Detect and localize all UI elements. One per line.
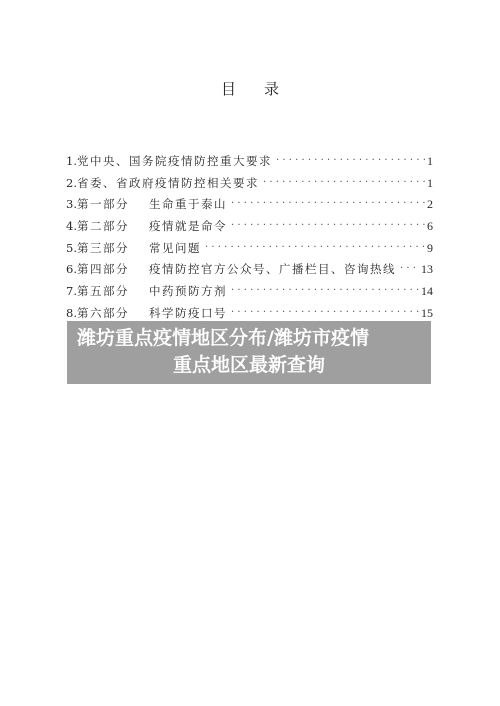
toc-entry-part: 第一部分: [77, 197, 149, 211]
toc-entry-number: 4.: [66, 219, 77, 233]
toc-entry-title: 疫情就是命令: [149, 219, 227, 233]
toc-entry-page: 2: [427, 197, 433, 211]
toc-entry-number: 5.: [66, 241, 77, 255]
toc-entry-number: 8.: [66, 306, 77, 320]
toc-entry-title: 疫情防控官方公众号、广播栏目、咨询热线: [149, 262, 396, 276]
toc-heading-char-1: 目: [221, 78, 236, 99]
toc-leader-dots: ········································…: [231, 197, 426, 211]
toc-leader-dots: ········································…: [263, 176, 426, 190]
toc-leader-dots: ········································…: [231, 306, 420, 320]
toc-heading: 目录: [0, 78, 500, 99]
toc-entry-page: 15: [421, 306, 433, 320]
headline-line-2: 重点地区最新查询: [67, 352, 431, 379]
document-page: 目录 1. 党中央、国务院疫情防控重大要求 ··················…: [0, 0, 500, 706]
toc-entry-title: 中药预防方剂: [149, 284, 227, 298]
toc-entry-part: 第五部分: [77, 284, 149, 298]
toc-entry-number: 3.: [66, 197, 77, 211]
toc-leader-dots: ········································…: [231, 219, 426, 233]
toc-entry-number: 7.: [66, 284, 77, 298]
toc-entry: 6. 第四部分 疫情防控官方公众号、广播栏目、咨询热线 ············…: [66, 258, 433, 280]
toc-entry-title: 科学防疫口号: [149, 306, 227, 320]
toc-entry-part: 第六部分: [77, 306, 149, 320]
toc-entry-part: 第三部分: [77, 241, 149, 255]
toc-entry: 5. 第三部分 常见问题 ···························…: [66, 237, 433, 259]
toc-leader-dots: ········································…: [276, 154, 426, 168]
toc-leader-dots: ········································…: [400, 262, 420, 276]
toc-entry: 7. 第五部分 中药预防方剂 ·························…: [66, 280, 433, 302]
toc-entry-title: 生命重于泰山: [149, 197, 227, 211]
toc-leader-dots: ········································…: [231, 284, 420, 298]
toc-entry-page: 9: [427, 241, 433, 255]
toc-entry-part: 第二部分: [77, 219, 149, 233]
toc-entry-part: 第四部分: [77, 262, 149, 276]
toc-heading-char-2: 录: [264, 78, 279, 99]
toc-entry-title: 党中央、国务院疫情防控重大要求: [77, 154, 272, 168]
headline-banner: 潍坊重点疫情地区分布/潍坊市疫情 重点地区最新查询: [67, 321, 431, 384]
toc-entry: 4. 第二部分 疫情就是命令 ·························…: [66, 215, 433, 237]
toc-leader-dots: ········································…: [205, 241, 426, 255]
toc-entry: 1. 党中央、国务院疫情防控重大要求 ·····················…: [66, 150, 433, 172]
toc-entry-page: 1: [427, 176, 433, 190]
toc-entry-page: 14: [421, 284, 433, 298]
headline-line-1: 潍坊重点疫情地区分布/潍坊市疫情: [67, 325, 431, 352]
toc-entry-page: 1: [427, 154, 433, 168]
toc-entry-number: 6.: [66, 262, 77, 276]
toc-entry-title: 常见问题: [149, 241, 201, 255]
toc-entry-number: 1.: [66, 154, 77, 168]
toc-entry-page: 13: [421, 262, 433, 276]
table-of-contents: 1. 党中央、国务院疫情防控重大要求 ·····················…: [66, 150, 433, 324]
toc-entry: 2. 省委、省政府疫情防控相关要求 ······················…: [66, 172, 433, 194]
toc-entry: 3. 第一部分 生命重于泰山 ·························…: [66, 193, 433, 215]
toc-entry-title: 省委、省政府疫情防控相关要求: [77, 176, 259, 190]
toc-entry-number: 2.: [66, 176, 77, 190]
toc-entry-page: 6: [427, 219, 433, 233]
